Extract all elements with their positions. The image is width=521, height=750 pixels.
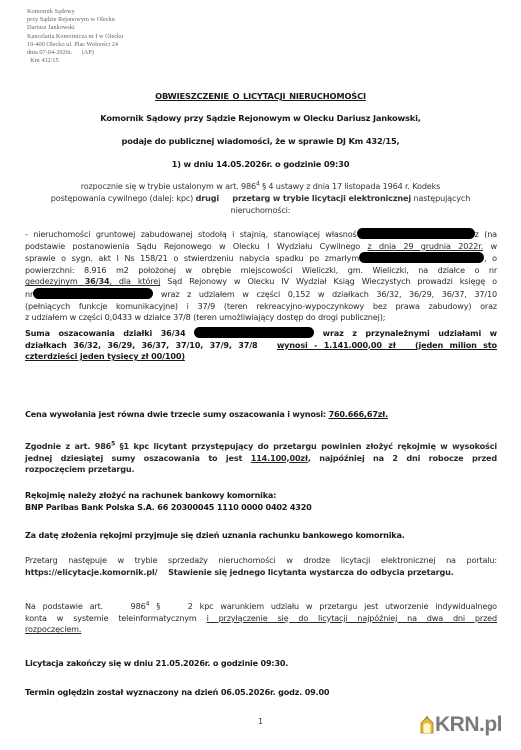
redaction-bar (357, 228, 475, 239)
text-line: jednej dziesiątej sumy oszacowania to je… (25, 453, 497, 465)
text: Sąd Rejonowy w Olecku IV Wydział Ksiąg W… (160, 276, 497, 286)
bank-instruction: Rękojmię należy złożyć na rachunek banko… (25, 490, 276, 500)
text: wraz z udziałem w części 0,152 w działka… (153, 289, 497, 299)
text: wraz z przynależnymi udziałami w (323, 328, 497, 338)
plot-number: 36/34 (85, 276, 110, 286)
header-line: przy Sądzie Rejonowym w Olecku (27, 16, 197, 24)
intro-line-1: Komornik Sądowy przy Sądzie Rejonowym w … (0, 113, 521, 123)
document-page: Komornik Sądowy przy Sądzie Rejonowym w … (0, 0, 521, 750)
text: §1 kpc licytant przystępujący do przetar… (115, 441, 497, 451)
start-line-3: nieruchomości: (0, 205, 521, 217)
auction-portal-link[interactable]: https://elicytacje.komornik.pl/ (25, 567, 157, 577)
document-title: OBWIESZCZENIE O LICYTACJI NIERUCHOMOŚCI (0, 91, 521, 101)
text-line: geodezyjnym 36/34, dla której Sąd Rejono… (25, 276, 497, 288)
text-line: podstawie postanowienia Sądu Rejonowego … (25, 241, 497, 253)
text: sprawie o sygn. akt I Ns 158/21 o stwier… (25, 253, 359, 263)
text: Suma oszacowania działki 36/34 (25, 328, 185, 338)
redaction-bar (359, 252, 484, 263)
starting-price: Cena wywołania jest równa dwie trzecie s… (25, 409, 388, 419)
text: § 4 ustawy z dnia 17 listopada 1964 r. K… (260, 181, 441, 191)
text-line: Suma oszacowania działki 36/34 wraz z pr… (25, 327, 497, 340)
auction-end-date: Licytacja zakończy się w dniu 21.05.2026… (25, 658, 288, 668)
header-line: Dariusz Jankowski (27, 24, 197, 32)
start-line-1: rozpocznie się w trybie ustalonym w art.… (0, 181, 521, 193)
text-line: https://elicytacje.komornik.pl/ Stawieni… (25, 567, 497, 579)
valuation-section: Suma oszacowania działki 36/34 wraz z pr… (25, 327, 497, 363)
text-line: (pełniących funkcje komunikacyjne) i 37/… (25, 301, 497, 313)
starting-price-amount: 760.666,67zł. (329, 409, 388, 419)
text: następujących (411, 193, 470, 203)
auction-type: drugi przetarg w trybie licytacji elektr… (196, 193, 411, 203)
start-line-2: postępowania cywilnego (dalej: kpc) drug… (0, 193, 521, 205)
valuation-amount-words: czterdzieści jeden tysięcy zł 00/100) (25, 351, 497, 363)
text: rozpocznie się w trybie ustalonym w art.… (81, 181, 256, 191)
inspection-date: Termin oględzin został wyznaczony na dzi… (25, 687, 329, 697)
text: geodezyjnym (25, 276, 85, 286)
text: Cena wywołania jest równa dwie trzecie s… (25, 409, 329, 419)
intro-line-2: podaje do publicznej wiadomości, że w sp… (0, 136, 521, 146)
text-line: konta w systemie teleinformatycznym i pr… (25, 613, 497, 625)
header-line: dnia 07-04-2026r. (AP) (27, 49, 197, 57)
court-decision-date: z dnia 29 grudnia 2022r. (368, 241, 484, 251)
text-line: Przetarg następuje w trybie sprzedaży ni… (25, 555, 497, 567)
header-line: Komornik Sądowy (27, 8, 197, 16)
text-line: nr wraz z udziałem w części 0,152 w dzia… (25, 288, 497, 301)
auction-mode: Przetarg następuje w trybie sprzedaży ni… (25, 555, 497, 578)
text: nr (25, 289, 33, 299)
text-line: Na podstawie art. 9864 § 2 kpc warunkiem… (25, 601, 497, 613)
text-line: Zgodnie z art. 9865 §1 kpc licytant przy… (25, 441, 497, 453)
text: - nieruchomości gruntowej zabudowanej st… (25, 229, 357, 239)
redaction-bar (194, 327, 314, 338)
header-line: Km 432/15 (27, 57, 197, 65)
text: postępowania cywilnego (dalej: kpc) (51, 193, 196, 203)
text: Stawienie się jednego licytanta wystarcz… (168, 567, 454, 577)
deposit-section: Zgodnie z art. 9865 §1 kpc licytant przy… (25, 441, 497, 476)
text-line: rozpoczęciem. (25, 624, 497, 636)
deposit-amount: 114.100,00zł (251, 453, 308, 463)
text-line: rozpoczęciem przetargu. (25, 464, 497, 476)
bailiff-header-stamp: Komornik Sądowy przy Sądzie Rejonowym w … (27, 8, 197, 65)
text: Na podstawie art. 986 (25, 601, 146, 611)
header-line: Kancelaria Komornicza nr I w Olecku (27, 33, 197, 41)
text: § 2 kpc warunkiem udziału w przetargu je… (149, 601, 497, 611)
redaction-bar (33, 288, 153, 299)
text: , o (484, 253, 497, 263)
text: i przyłączenie się do licytacji najpóźni… (207, 613, 497, 623)
text-line: działkach 36/32, 36/29, 36/37, 37/10, 37… (25, 340, 497, 352)
auction-start-date: 1) w dniu 14.05.2026r. o godzinie 09:30 (0, 159, 521, 169)
text-line: powierzchni: 8.916 m2 położonej w obrębi… (25, 265, 497, 277)
valuation-amount: wynosi - 1.141.000,00 zł (jeden milion s… (277, 340, 497, 350)
bank-account: BNP Paribas Bank Polska S.A. 66 20300045… (25, 502, 312, 512)
text-line: sprawie o sygn. akt I Ns 158/21 o stwier… (25, 252, 497, 265)
text: konta w systemie teleinformatycznym (25, 613, 207, 623)
krn-watermark: KRN.pl (420, 713, 502, 737)
text: , najpóźniej na 2 dni robocze przed (308, 453, 497, 463)
text: , dla której (109, 276, 160, 286)
page-number: 1 (258, 717, 263, 726)
text: działkach 36/32, 36/29, 36/37, 37/10, 37… (25, 340, 258, 350)
text: Zgodnie z art. 986 (25, 441, 111, 451)
text: z (na (475, 229, 497, 239)
watermark-text: KRN.pl (435, 713, 502, 737)
header-line: 19-400 Olecko ul. Plac Wolności 24 (27, 41, 197, 49)
text: jednej dziesiątej sumy oszacowania to je… (25, 453, 251, 463)
deposit-date-note: Za datę złożenia rękojmi przyjmuje się d… (25, 530, 405, 540)
house-icon (420, 716, 434, 734)
property-description: - nieruchomości gruntowej zabudowanej st… (25, 228, 497, 324)
participation-condition: Na podstawie art. 9864 § 2 kpc warunkiem… (25, 601, 497, 636)
text-line: z udziałem w części 0,0433 w działce 37/… (25, 312, 497, 324)
text-line: - nieruchomości gruntowej zabudowanej st… (25, 228, 497, 241)
text: podstawie postanowienia Sądu Rejonowego … (25, 241, 368, 251)
text: w (483, 241, 497, 251)
